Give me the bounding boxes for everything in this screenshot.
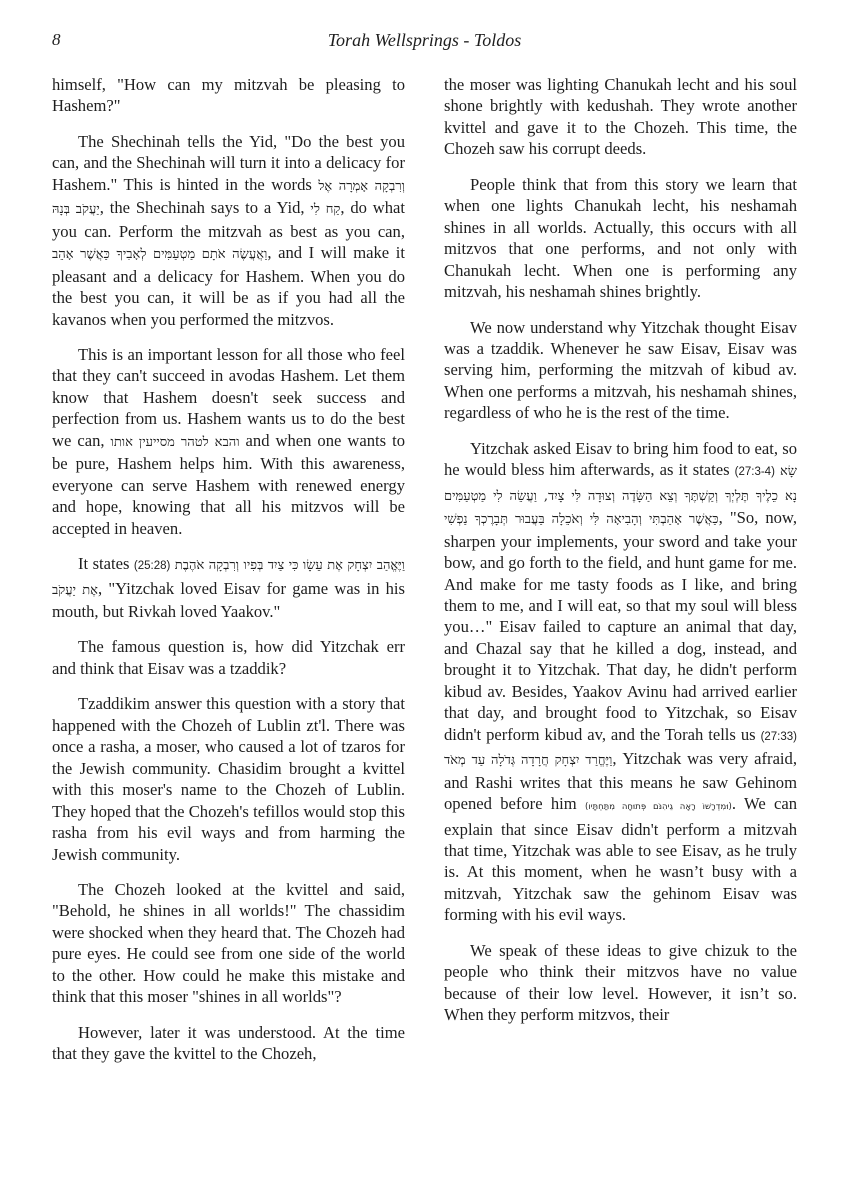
paragraph: This is an important lesson for all thos… [52,344,405,539]
paragraph: We now understand why Yitzchak thought E… [444,317,797,424]
text-run: , "So, now, sharpen your implements, you… [444,508,797,744]
paragraph: Yitzchak asked Eisav to bring him food t… [444,438,797,926]
left-column: himself, "How can my mitzvah be pleasing… [52,74,405,1079]
text-run: , the Shechinah says to a Yid, [100,198,311,217]
hebrew-quote: והבא לטהר מסייעין אותו [111,435,240,450]
paragraph: The Chozeh looked at the kvittel and sai… [52,879,405,1008]
paragraph: himself, "How can my mitzvah be pleasing… [52,74,405,117]
hebrew-quote: קַח לִי [310,202,340,217]
page-header: 8 Torah Wellsprings - Toldos [52,30,797,54]
paragraph: Tzaddikim answer this question with a st… [52,693,405,865]
paragraph: The famous question is, how did Yitzchak… [52,636,405,679]
text-run: . We can explain that since Eisav didn't… [444,794,797,924]
running-title: Torah Wellsprings - Toldos [52,30,797,51]
verse-reference: (27:33) [761,731,797,743]
text-run: It states [78,554,134,573]
rashi-quote: (וּמִדְרָשׁוֹ רָאָה גֵיהִנֹּם פְּתוּחָה … [585,802,732,812]
paragraph: The Shechinah tells the Yid, "Do the bes… [52,131,405,330]
paragraph: It states (25:28) וַיֶּאֱהַב יִצְחָק אֶת… [52,553,405,622]
verse-reference: (25:28) [134,560,170,572]
text-run: , "Yitzchak loved Eisav for game was in … [52,579,405,621]
paragraph: People think that from this story we lea… [444,174,797,303]
paragraph: However, later it was understood. At the… [52,1022,405,1065]
hebrew-quote: וַאֲעֲשֶׂה אֹתָם מַטְעַמִּים לְאָבִיךָ כ… [52,247,267,262]
verse-reference: (27:3-4) [735,466,775,478]
hebrew-quote: וַיֶּחֱרַד יִצְחָק חֲרָדָה גְּדֹלָה עַד … [444,753,612,768]
paragraph: We speak of these ideas to give chizuk t… [444,940,797,1026]
right-column: the moser was lighting Chanukah lecht an… [444,74,797,1040]
paragraph: the moser was lighting Chanukah lecht an… [444,74,797,160]
